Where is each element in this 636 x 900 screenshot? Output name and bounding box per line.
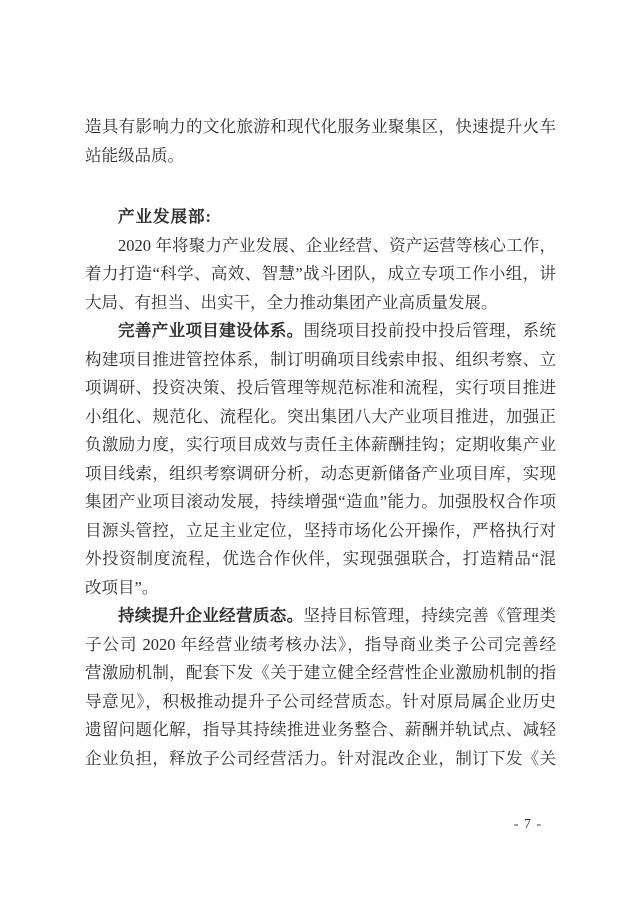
body-line: 小组化、规范化、流程化。突出集团八大产业项目推进，加强正 (85, 403, 556, 432)
body-line: 集团产业项目滚动发展，持续增强“造血”能力。加强股权合作项 (85, 488, 556, 517)
body-line: 企业负担，释放子公司经营活力。针对混改企业，制订下发《关 (85, 745, 556, 774)
paragraph-enterprise-operation: 持续提升企业经营质态。坚持目标管理，持续完善《管理类 子公司 2020 年经营业… (85, 602, 556, 773)
body-text: 围绕项目投前投中投后管理，系统 (303, 321, 556, 340)
body-line: 造具有影响力的文化旅游和现代化服务业聚集区，快速提升火车 (85, 113, 556, 142)
body-line: 项目线索，组织考察调研分析，动态更新储备产业项目库，实现 (85, 460, 556, 489)
body-line: 负激励力度，实行项目成效与责任主体薪酬挂钩；定期收集产业 (85, 431, 556, 460)
section-heading: 产业发展部: (85, 203, 556, 232)
paragraph-continuation: 造具有影响力的文化旅游和现代化服务业聚集区，快速提升火车 站能级品质。 (85, 113, 556, 170)
body-line: 着力打造“科学、高效、智慧”战斗团队，成立专项工作小组，讲 (85, 260, 556, 289)
body-line: 2020 年将聚力产业发展、企业经营、资产运营等核心工作， (85, 232, 556, 261)
body-line: 改项目”。 (85, 574, 556, 603)
lead-phrase: 完善产业项目建设体系。 (118, 321, 303, 340)
body-line: 构建项目推进管控体系，制订明确项目线索申报、组织考察、立 (85, 346, 556, 375)
body-line: 外投资制度流程，优选合作伙伴，实现强强联合，打造精品“混 (85, 545, 556, 574)
paragraph-project-system: 完善产业项目建设体系。围绕项目投前投中投后管理，系统 构建项目推进管控体系，制订… (85, 317, 556, 602)
lead-phrase: 持续提升企业经营质态。 (118, 606, 303, 625)
body-line: 目源头管控，立足主业定位，坚持市场化公开操作，严格执行对 (85, 517, 556, 546)
body-line: 导意见》，积极推动提升子公司经营质态。针对原局属企业历史 (85, 688, 556, 717)
body-line: 项调研、投资决策、投后管理等规范标准和流程，实行项目推进 (85, 374, 556, 403)
paragraph-overview: 2020 年将聚力产业发展、企业经营、资产运营等核心工作， 着力打造“科学、高效… (85, 232, 556, 318)
body-text: 坚持目标管理，持续完善《管理类 (303, 606, 556, 625)
body-line: 营激励机制，配套下发《关于建立健全经营性企业激励机制的指 (85, 659, 556, 688)
body-line: 持续提升企业经营质态。坚持目标管理，持续完善《管理类 (85, 602, 556, 631)
body-line: 大局、有担当、出实干，全力推动集团产业高质量发展。 (85, 289, 556, 318)
document-page: 造具有影响力的文化旅游和现代化服务业聚集区，快速提升火车 站能级品质。 产业发展… (0, 0, 636, 900)
body-line: 完善产业项目建设体系。围绕项目投前投中投后管理，系统 (85, 317, 556, 346)
page-number: - 7 - (503, 817, 553, 833)
text-block: 造具有影响力的文化旅游和现代化服务业聚集区，快速提升火车 站能级品质。 产业发展… (85, 113, 556, 773)
body-line: 站能级品质。 (85, 142, 556, 171)
body-line: 子公司 2020 年经营业绩考核办法》，指导商业类子公司完善经 (85, 631, 556, 660)
body-line: 遗留问题化解，指导其持续推进业务整合、薪酬并轨试点、减轻 (85, 716, 556, 745)
